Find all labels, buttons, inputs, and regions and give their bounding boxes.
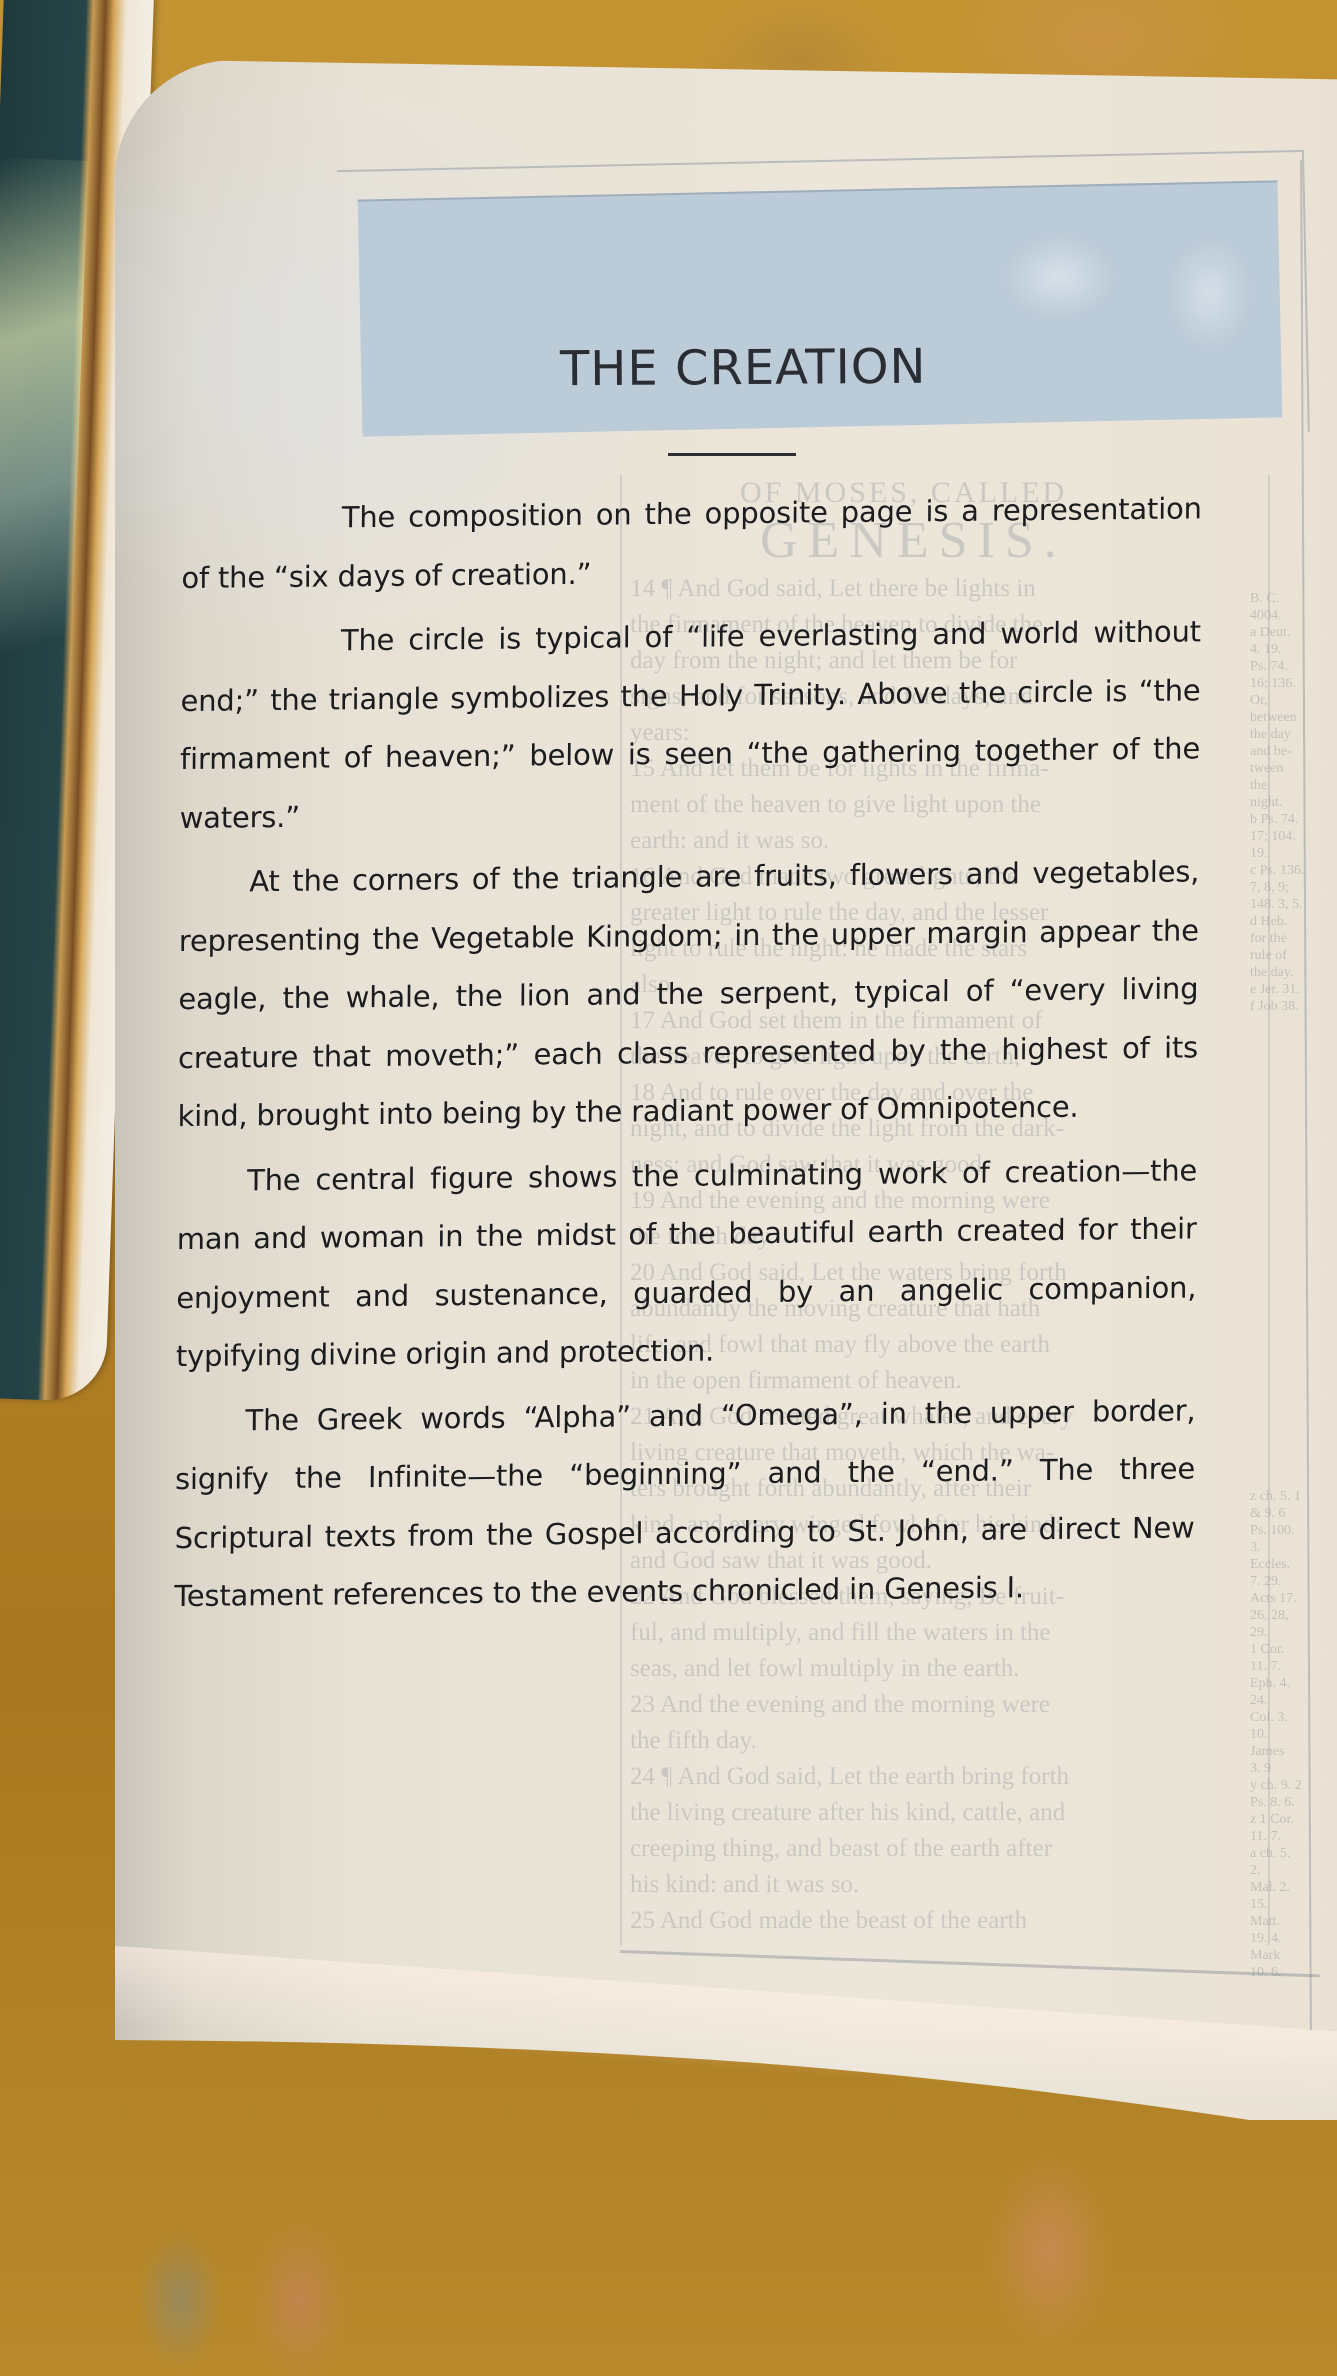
margin-reference: z 1 Cor. (1250, 1811, 1330, 1828)
margin-reference: & 9. 6 (1250, 1505, 1330, 1522)
bleed-line: the living creature after his kind, catt… (630, 1795, 1260, 1831)
bleed-line: 25 And God made the beast of the earth (630, 1903, 1260, 1939)
margin-reference: 17; 104. (1250, 828, 1330, 845)
margin-reference: the day. (1250, 964, 1330, 981)
margin-reference: the day (1250, 726, 1330, 743)
page-title: THE CREATION (560, 339, 927, 398)
margin-reference: Ps. 74. (1250, 658, 1330, 675)
bleed-line: seas, and let fowl multiply in the earth… (630, 1651, 1260, 1687)
paragraph-greek-words: The Greek words “Alpha” and “Omega”, in … (174, 1381, 1196, 1626)
margin-reference: c Ps. 136. (1250, 862, 1330, 879)
bleed-line: his kind: and it was so. (630, 1867, 1260, 1903)
margin-references-lower: z ch. 5. 1& 9. 6Ps. 100.3.Eccles.7. 29.A… (1250, 1488, 1330, 1981)
margin-reference: d Heb. (1250, 913, 1330, 930)
margin-reference: 2. (1250, 1862, 1330, 1879)
margin-reference: Or, (1250, 692, 1330, 709)
margin-reference: rule of (1250, 947, 1330, 964)
margin-reference: between (1250, 709, 1330, 726)
margin-reference: Eph. 4. (1250, 1675, 1330, 1692)
margin-reference: for the (1250, 930, 1330, 947)
paragraph-composition: The composition on the opposite page is … (181, 479, 1202, 607)
margin-reference: 15. (1250, 1896, 1330, 1913)
margin-reference: 11. 7. (1250, 1828, 1330, 1845)
bleed-line: creeping thing, and beast of the earth a… (630, 1831, 1260, 1867)
margin-reference: night. (1250, 794, 1330, 811)
paragraph-circle: The circle is typical of “life everlasti… (180, 602, 1202, 847)
margin-reference: Ps. 100. (1250, 1522, 1330, 1539)
body-text: The composition on the opposite page is … (174, 479, 1202, 1631)
margin-reference: Acts 17. (1250, 1590, 1330, 1607)
margin-reference: Col. 3. (1250, 1709, 1330, 1726)
paragraph-triangle-corners: At the corners of the triangle are fruit… (177, 842, 1199, 1145)
margin-reference: 4004. (1250, 607, 1330, 624)
margin-reference: 10. 6. (1250, 1964, 1330, 1981)
margin-reference: e Jer. 31. (1250, 981, 1330, 998)
margin-reference: Mal. 2. (1250, 1879, 1330, 1896)
margin-reference: 7, 8, 9; (1250, 879, 1330, 896)
margin-reference: 26, 28, (1250, 1607, 1330, 1624)
margin-reference: 4. 19. (1250, 641, 1330, 658)
margin-reference: f Job 38. (1250, 998, 1330, 1015)
title-decorative-band (358, 180, 1283, 436)
title-divider (668, 453, 796, 456)
margin-reference: and be- (1250, 743, 1330, 760)
margin-reference: 29. (1250, 1624, 1330, 1641)
bleed-line: after his kind, and cattle after their k… (630, 1939, 1260, 1945)
margin-reference: 3. 9 (1250, 1760, 1330, 1777)
bleed-line: the fifth day. (630, 1723, 1260, 1759)
margin-reference: Ps. 8. 6. (1250, 1794, 1330, 1811)
margin-reference: a Deut. (1250, 624, 1330, 641)
margin-reference: z ch. 5. 1 (1250, 1488, 1330, 1505)
margin-reference: Eccles. (1250, 1556, 1330, 1573)
margin-reference: 16; 136. (1250, 675, 1330, 692)
margin-reference: Mark (1250, 1947, 1330, 1964)
margin-reference: 19. (1250, 845, 1330, 862)
margin-reference: 11. 7. (1250, 1658, 1330, 1675)
illustration-detail (0, 158, 88, 761)
margin-reference: James (1250, 1743, 1330, 1760)
margin-reference: 10. (1250, 1726, 1330, 1743)
margin-reference: tween (1250, 760, 1330, 777)
margin-reference: 3. (1250, 1539, 1330, 1556)
margin-reference: 1 Cor. (1250, 1641, 1330, 1658)
margin-reference: B. C. (1250, 590, 1330, 607)
paragraph-central-figure: The central figure shows the culminating… (176, 1141, 1198, 1386)
margin-reference: b Ps. 74. (1250, 811, 1330, 828)
margin-references-upper: B. C.4004.a Deut.4. 19.Ps. 74.16; 136.Or… (1250, 590, 1330, 1015)
margin-reference: y ch. 9. 2 (1250, 1777, 1330, 1794)
margin-reference: 7. 29. (1250, 1573, 1330, 1590)
margin-reference: 19. 4. (1250, 1930, 1330, 1947)
margin-reference: 148. 3, 5. (1250, 896, 1330, 913)
bleed-line: 24 ¶ And God said, Let the earth bring f… (630, 1759, 1260, 1795)
margin-reference: the (1250, 777, 1330, 794)
margin-reference: 24. (1250, 1692, 1330, 1709)
bleed-line: 23 And the evening and the morning were (630, 1687, 1260, 1723)
margin-reference: Matt. (1250, 1913, 1330, 1930)
margin-reference: a ch. 5. (1250, 1845, 1330, 1862)
